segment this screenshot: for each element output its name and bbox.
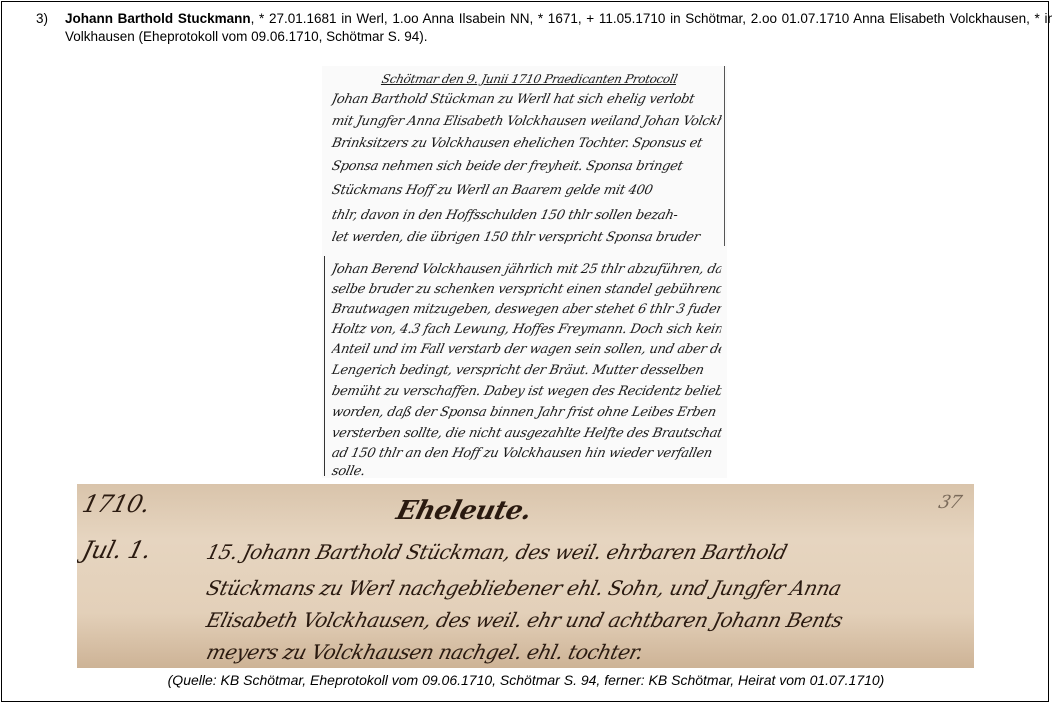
protocol-heading: Schötmar den 9. Junii 1710 Praedicanten … bbox=[381, 72, 723, 86]
protocol-line: worden, daß der Sponsa binnen Jahr frist… bbox=[330, 405, 722, 420]
protocol-line: solle. bbox=[330, 464, 722, 478]
protocol-line: Stückmans Hoff zu Werll an Baarem gelde … bbox=[330, 183, 722, 198]
person-name: Johann Barthold Stuckmann bbox=[65, 11, 251, 26]
protocol-line: selbe bruder zu schenken verspricht eine… bbox=[330, 282, 722, 297]
protocol-line: Johan Barthold Stückman zu Werll hat sic… bbox=[330, 92, 722, 107]
marriage-protocol-scan: Schötmar den 9. Junii 1710 Praedicanten … bbox=[322, 66, 727, 478]
protocol-line: Sponsa nehmen sich beide der freyheit. S… bbox=[330, 159, 722, 174]
register-date: Jul. 1. bbox=[80, 536, 154, 564]
protocol-line: Anteil und im Fall verstarb der wagen se… bbox=[330, 342, 722, 357]
scan-edge-line bbox=[324, 256, 325, 476]
source-caption: (Quelle: KB Schötmar, Eheprotokoll vom 0… bbox=[0, 672, 1052, 688]
protocol-line: Lengerich bedingt, verspricht der Bräut.… bbox=[330, 363, 722, 378]
protocol-line: Johan Berend Volckhausen jährlich mit 25… bbox=[330, 262, 722, 277]
protocol-line: bemüht zu verschaffen. Dabey ist wegen d… bbox=[330, 384, 722, 399]
protocol-line: Brautwagen mitzugeben, deswegen aber ste… bbox=[330, 302, 722, 317]
protocol-line: mit Jungfer Anna Elisabeth Volckhausen w… bbox=[330, 114, 722, 129]
protocol-line: let werden, die übrigen 150 thlr verspri… bbox=[330, 230, 722, 245]
entry-text: Johann Barthold Stuckmann, * 27.01.1681 … bbox=[65, 10, 1052, 46]
protocol-line: versterben sollte, die nicht ausgezahlte… bbox=[330, 426, 722, 441]
register-line: Stückmans zu Werl nachgebliebener ehl. S… bbox=[204, 576, 844, 600]
register-line: 15. Johann Barthold Stückman, des weil. … bbox=[204, 540, 789, 564]
entry-number: 3) bbox=[36, 10, 48, 28]
register-line: meyers zu Volckhausen nachgel. ehl. toch… bbox=[204, 640, 645, 664]
register-year: 1710. bbox=[80, 490, 153, 518]
page-number: 37 bbox=[936, 492, 963, 513]
register-heading: Eheleute. bbox=[393, 496, 534, 526]
marriage-register-scan: 1710. Eheleute. 37 Jul. 1. 15. Johann Ba… bbox=[77, 484, 974, 668]
protocol-line: thlr, davon in den Hoffsschulden 150 thl… bbox=[330, 208, 722, 223]
register-line: Elisabeth Volckhausen, des weil. ehr und… bbox=[204, 608, 845, 632]
protocol-line: Holtz von, 4.3 fach Lewung, Hoffes Freym… bbox=[330, 322, 722, 337]
protocol-line: Brinksitzers zu Volckhausen ehelichen To… bbox=[330, 136, 722, 151]
protocol-line: ad 150 thlr an den Hoff zu Volckhausen h… bbox=[330, 446, 722, 461]
scan-edge-line bbox=[724, 66, 725, 246]
